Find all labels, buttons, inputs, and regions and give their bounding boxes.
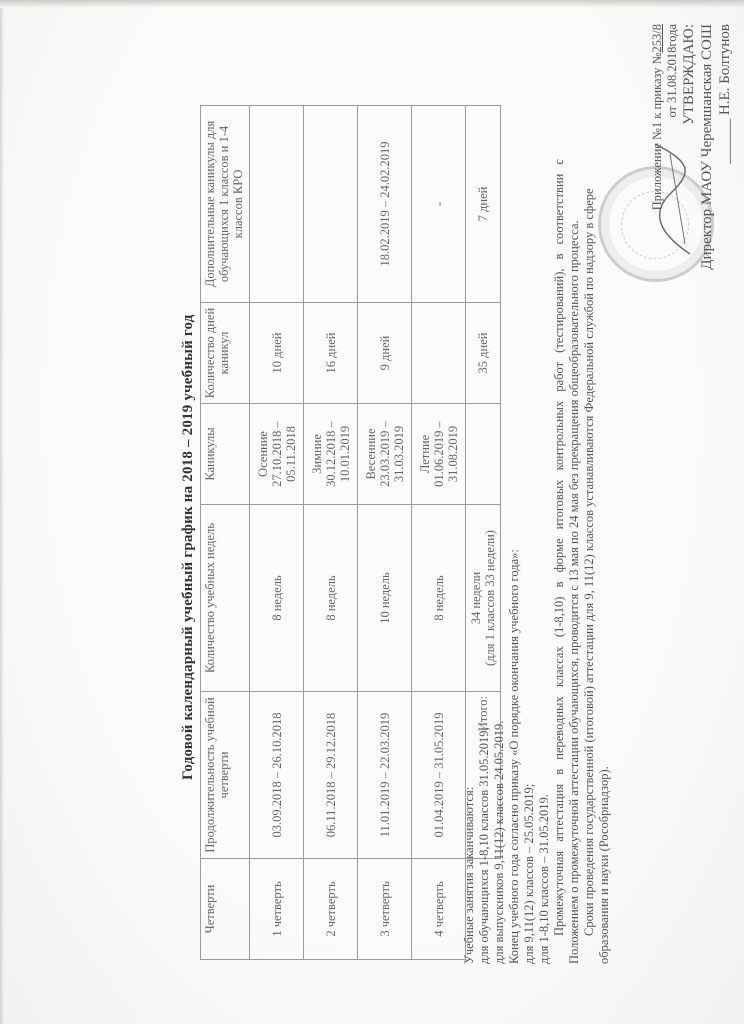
note-paragraph: Сроки проведения государственной (итогов…	[582, 64, 597, 964]
table-row: 2 четверть 06.11.2018 – 29.12.2018 8 нед…	[304, 106, 358, 960]
header-extra-holidays: Дополнительные каникулы для обучающихся …	[201, 106, 250, 303]
holidays-period: 01.06.2019 – 31.08.2019	[432, 421, 460, 487]
table-row: 4 четверть 01.04.2019 – 31.05.2019 8 нед…	[412, 106, 466, 960]
holiday-days-cell: 9 дней	[358, 303, 412, 404]
order-date: от 31.08.2018года	[665, 24, 680, 324]
order-number: 253/8	[650, 24, 664, 52]
period-cell: 11.01.2019 – 22.03.2019	[358, 692, 412, 859]
period-cell: 03.09.2018 – 26.10.2018	[250, 692, 304, 859]
note-line: для 1-8,10 классов – 31.05.2019.	[537, 64, 552, 964]
schedule-table: Четверти Продолжительность учебной четве…	[200, 105, 501, 960]
table-row: 3 четверть 11.01.2019 – 22.03.2019 10 не…	[358, 106, 412, 960]
holiday-days-cell: 10 дней	[250, 303, 304, 404]
period-cell: 01.04.2019 – 31.05.2019	[412, 692, 466, 859]
scanned-page: Годовой календарный учебный график на 20…	[0, 0, 744, 1024]
scan-edge	[0, 0, 744, 8]
approval-block: Приложение №1 к приказу №253/8 от 31.08.…	[650, 24, 734, 324]
note-line: Учебные занятия заканчиваются:	[462, 64, 477, 964]
weeks-cell: 8 недель	[250, 505, 304, 692]
quarter-cell: 1 четверть	[250, 859, 304, 960]
holidays-period: 23.03.2019 – 31.03.2019	[378, 421, 406, 487]
signature-line: ______	[717, 119, 733, 164]
quarter-cell: 4 четверть	[412, 859, 466, 960]
holidays-name: Летние	[418, 435, 432, 473]
holidays-cell: Летние01.06.2019 – 31.08.2019	[412, 404, 466, 505]
director-position: Директор МАОУ Черемшанская СОШ	[698, 24, 716, 324]
holidays-period: 27.10.2018 – 05.11.2018	[270, 421, 298, 487]
weeks-cell: 10 недель	[358, 505, 412, 692]
appendix-line: Приложение №1 к приказу №253/8	[650, 24, 665, 324]
approve-label: УТВЕРЖДАЮ:	[680, 24, 698, 324]
note-line: Конец учебного года согласно приказу «О …	[507, 64, 522, 964]
signer-name: Н.Е. Болтунов	[717, 24, 733, 115]
header-holidays: Каникулы	[201, 404, 250, 505]
table-row: 1 четверть 03.09.2018 – 26.10.2018 8 нед…	[250, 106, 304, 960]
header-weeks: Количество учебных недель	[201, 505, 250, 692]
holidays-period: 30.12.2018 – 10.01.2019	[324, 421, 352, 487]
table-header-row: Четверти Продолжительность учебной четве…	[201, 106, 250, 960]
appendix-prefix: Приложение №1 к приказу №	[650, 52, 664, 210]
holidays-cell: Зимние30.12.2018 – 10.01.2019	[304, 404, 358, 505]
quarter-cell: 3 четверть	[358, 859, 412, 960]
extra-cell	[304, 106, 358, 303]
header-duration: Продолжительность учебной четверти	[201, 692, 250, 859]
extra-cell: -	[412, 106, 466, 303]
notes-block: Учебные занятия заканчиваются: для обуча…	[462, 64, 612, 964]
header-quarters: Четверти	[201, 859, 250, 960]
note-paragraph: Промежуточная аттестация в переводных кл…	[552, 64, 567, 964]
note-line: для обучающихся 1-8,10 классов 31.05.201…	[477, 64, 492, 964]
holidays-cell: Осенние27.10.2018 – 05.11.2018	[250, 404, 304, 505]
weeks-cell: 8 недель	[304, 505, 358, 692]
holidays-cell: Весенние23.03.2019 – 31.03.2019	[358, 404, 412, 505]
header-holiday-days: Количество дней каникул	[201, 303, 250, 404]
document-title: Годовой календарный учебный график на 20…	[180, 220, 197, 780]
note-line: для выпускников 9,11(12) классов 24.05.2…	[492, 64, 507, 964]
extra-cell: 18.02.2019 – 24.02.2019	[358, 106, 412, 303]
note-paragraph: Положением о промежуточной аттестации об…	[567, 64, 582, 964]
holidays-name: Осенние	[256, 431, 270, 477]
signer-line: ______ Н.Е. Болтунов	[716, 24, 734, 324]
extra-cell	[250, 106, 304, 303]
holidays-name: Весенние	[364, 428, 378, 479]
holidays-name: Зимние	[310, 434, 324, 474]
holiday-days-cell: 16 дней	[304, 303, 358, 404]
period-cell: 06.11.2018 – 29.12.2018	[304, 692, 358, 859]
weeks-cell: 8 недель	[412, 505, 466, 692]
note-line: для 9,11(12) классов – 25.05.2019;	[522, 64, 537, 964]
scan-edge	[0, 0, 4, 1024]
quarter-cell: 2 четверть	[304, 859, 358, 960]
holiday-days-cell	[412, 303, 466, 404]
